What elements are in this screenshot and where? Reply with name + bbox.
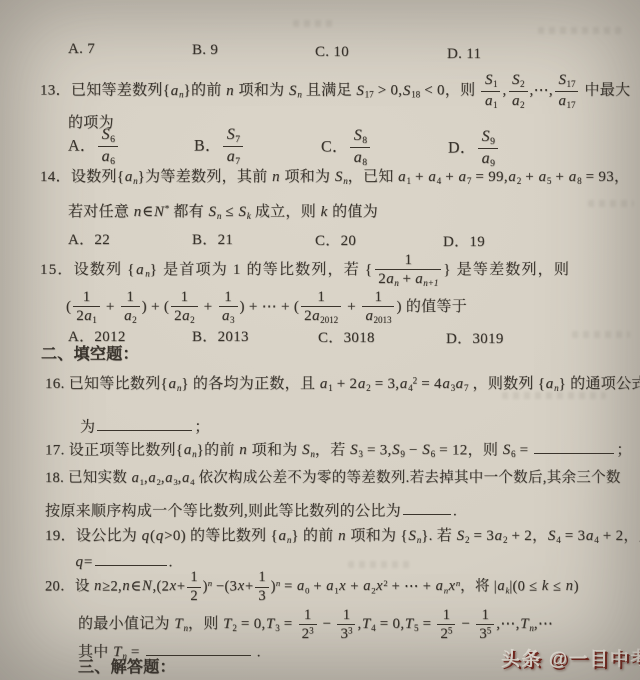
q14-line2: 若对任意 n∈N* 都有 Sn ≤ Sk 成立，则 k 的值为: [68, 203, 378, 223]
q18-line2: 按原来顺序构成一个等比数列,则此等比数列的公比为.: [45, 500, 457, 522]
q13-option-d: D．S9a9: [448, 128, 500, 170]
q15-option-b: B．2013: [192, 328, 249, 348]
bleedthrough-mark: [502, 392, 606, 399]
exam-paper-photo: A. 7B. 9C. 10D. 1113．已知等差数列{an}的前 n 项和为 …: [0, 0, 640, 680]
q15-line1: 15．设数列 {an} 是首项为 1 的等比数列，若 {12an + an+1}…: [40, 252, 570, 289]
bleedthrough-mark: [588, 200, 634, 207]
q19-line1: 19．设公比为 q(q>0) 的等比数列 {an} 的前 n 项和为 {Sn}.…: [45, 527, 640, 547]
q20-line1: 20．设 n≥2,n∈N,(2x+12)n −(3x+13)n = a0 + a…: [45, 570, 579, 604]
section-fill-in-header: 二、填空题：: [41, 345, 139, 366]
bleedthrough-mark: [348, 561, 410, 568]
q17-line: 17. 设正项等比数列{an}的前 n 项和为 Sn，若 S3 = 3,S9 −…: [45, 439, 632, 461]
section-answer-header: 三、解答题：: [78, 658, 176, 679]
q12-option-b: B. 9: [192, 41, 218, 61]
q12-option-c: C. 10: [315, 43, 349, 63]
bleedthrough-mark: [293, 20, 335, 27]
q14-option-a: A．22: [68, 231, 110, 251]
q13-option-c: C．S8a8: [321, 127, 372, 169]
q13-option-b: B．S7a7: [194, 126, 245, 168]
q12-option-d: D. 11: [447, 45, 481, 65]
bleedthrough-mark: [538, 27, 626, 34]
q14-option-c: C．20: [315, 232, 356, 252]
q14-option-d: D．19: [443, 233, 485, 253]
q15-option-d: D．3019: [446, 330, 504, 350]
q13-option-a: A．S6a6: [68, 126, 120, 168]
bleedthrough-mark: [572, 331, 630, 338]
q12-option-a: A. 7: [68, 40, 95, 60]
q18-line1: 18. 已知实数 a1,a2,a3,a4 依次构成公差不为零的等差数列.若去掉其…: [45, 469, 621, 488]
q15-option-c: C．3018: [318, 329, 375, 349]
q13-line1: 13．已知等差数列{an}的前 n 项和为 Sn 且满足 S17 > 0,S18…: [40, 72, 630, 110]
toutiao-watermark: 头条 @一目中考: [501, 644, 640, 671]
q20-line2: 的最小值记为 Tn，则 T2 = 0,T3 = 123 − 133,T4 = 0…: [78, 607, 553, 642]
q14-line1: 14．设数列{an}为等差数列，其前 n 项和为 Sn，已知 a1 + a4 +…: [40, 168, 629, 188]
q15-line2: (12a1 + 1a2) + (12a2 + 1a3) + ⋯ + (12a20…: [66, 289, 467, 326]
q16-line2: 为；: [80, 416, 210, 438]
q14-option-b: B．21: [192, 231, 233, 251]
